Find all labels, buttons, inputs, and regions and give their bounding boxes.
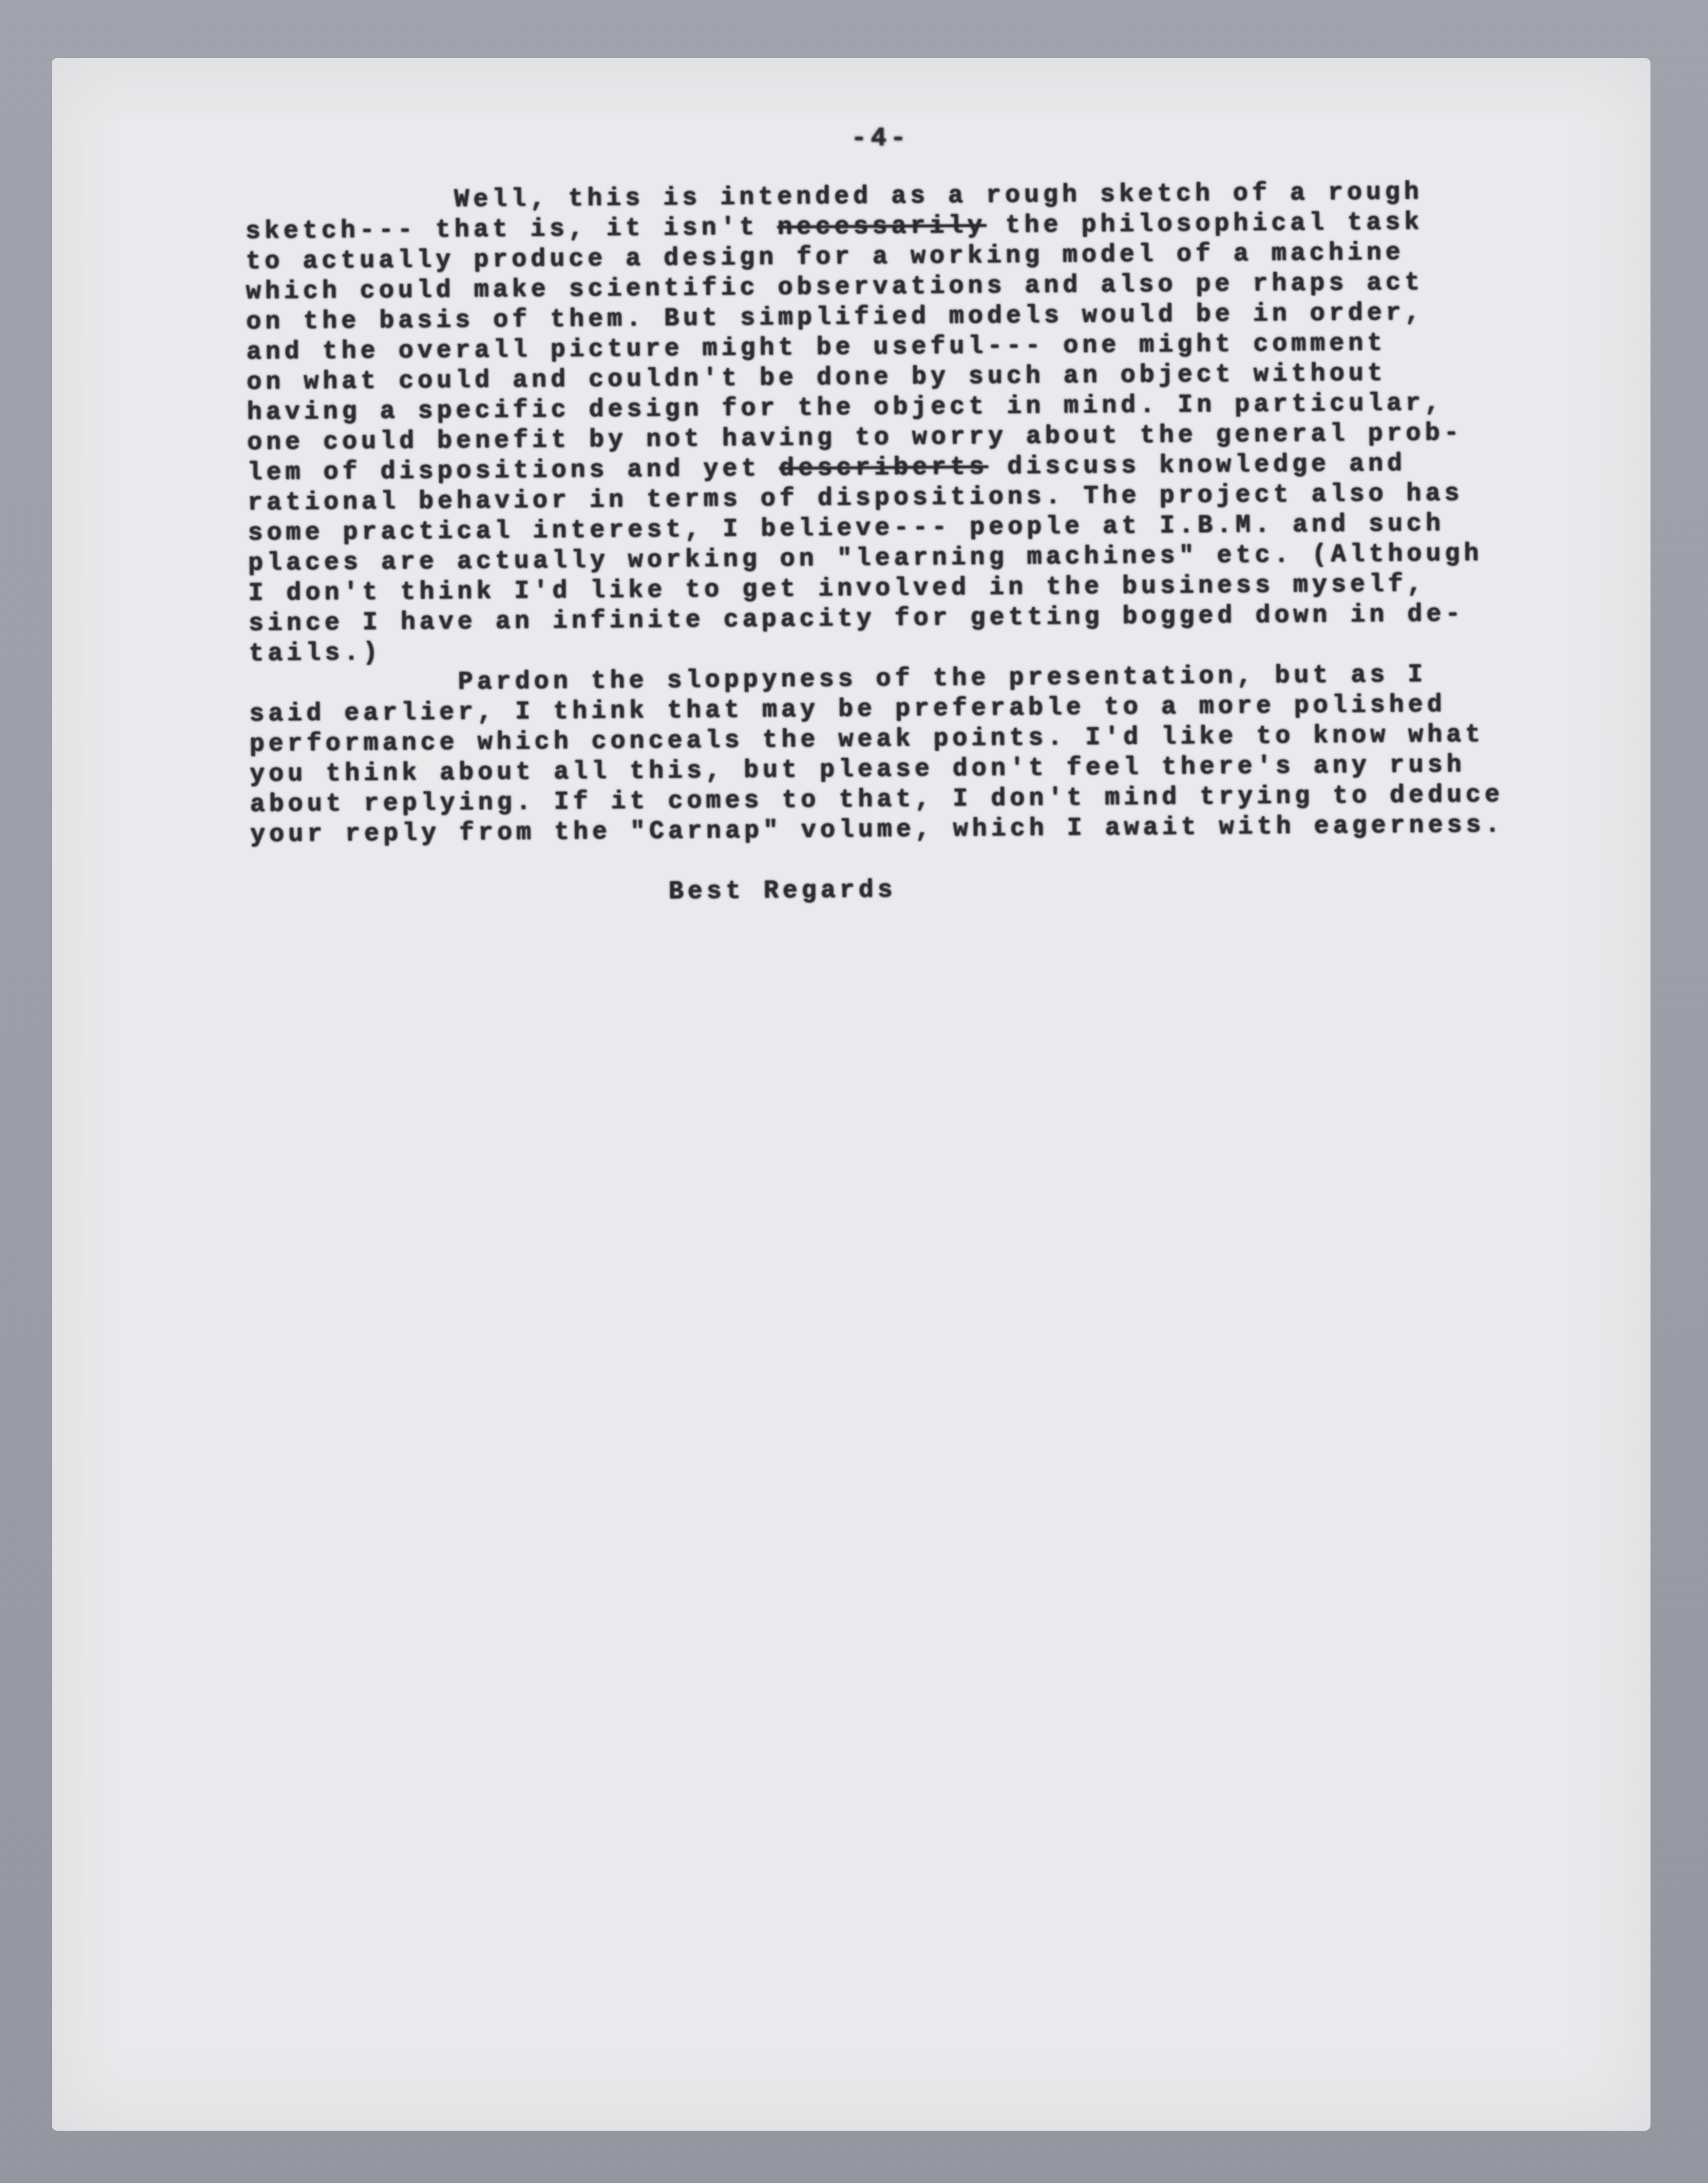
scan-background: { "colors": { "background": "#9b9ea6", "…: [0, 0, 1708, 2183]
letter-body: Well, this is intended as a rough sketch…: [245, 176, 1552, 910]
strikethrough-text: necessarily: [777, 212, 986, 241]
letter-text-segment: [250, 851, 270, 879]
letter-text-segment: discuss knowledge and: [988, 450, 1406, 481]
letter-page: -4- Well, this is intended as a rough sk…: [52, 58, 1651, 2131]
letter-text-segment: the philosophical task: [986, 208, 1423, 239]
letter-text-segment: sketch--- that is, it isn't: [246, 213, 778, 246]
strikethrough-text: describerts: [779, 453, 988, 483]
page-number: -4-: [81, 123, 1680, 153]
letter-text-segment: tails.): [249, 639, 382, 668]
letter-text-segment: lem of dispositions and yet: [247, 454, 780, 487]
letter-text-segment: Best Regards: [251, 876, 897, 909]
